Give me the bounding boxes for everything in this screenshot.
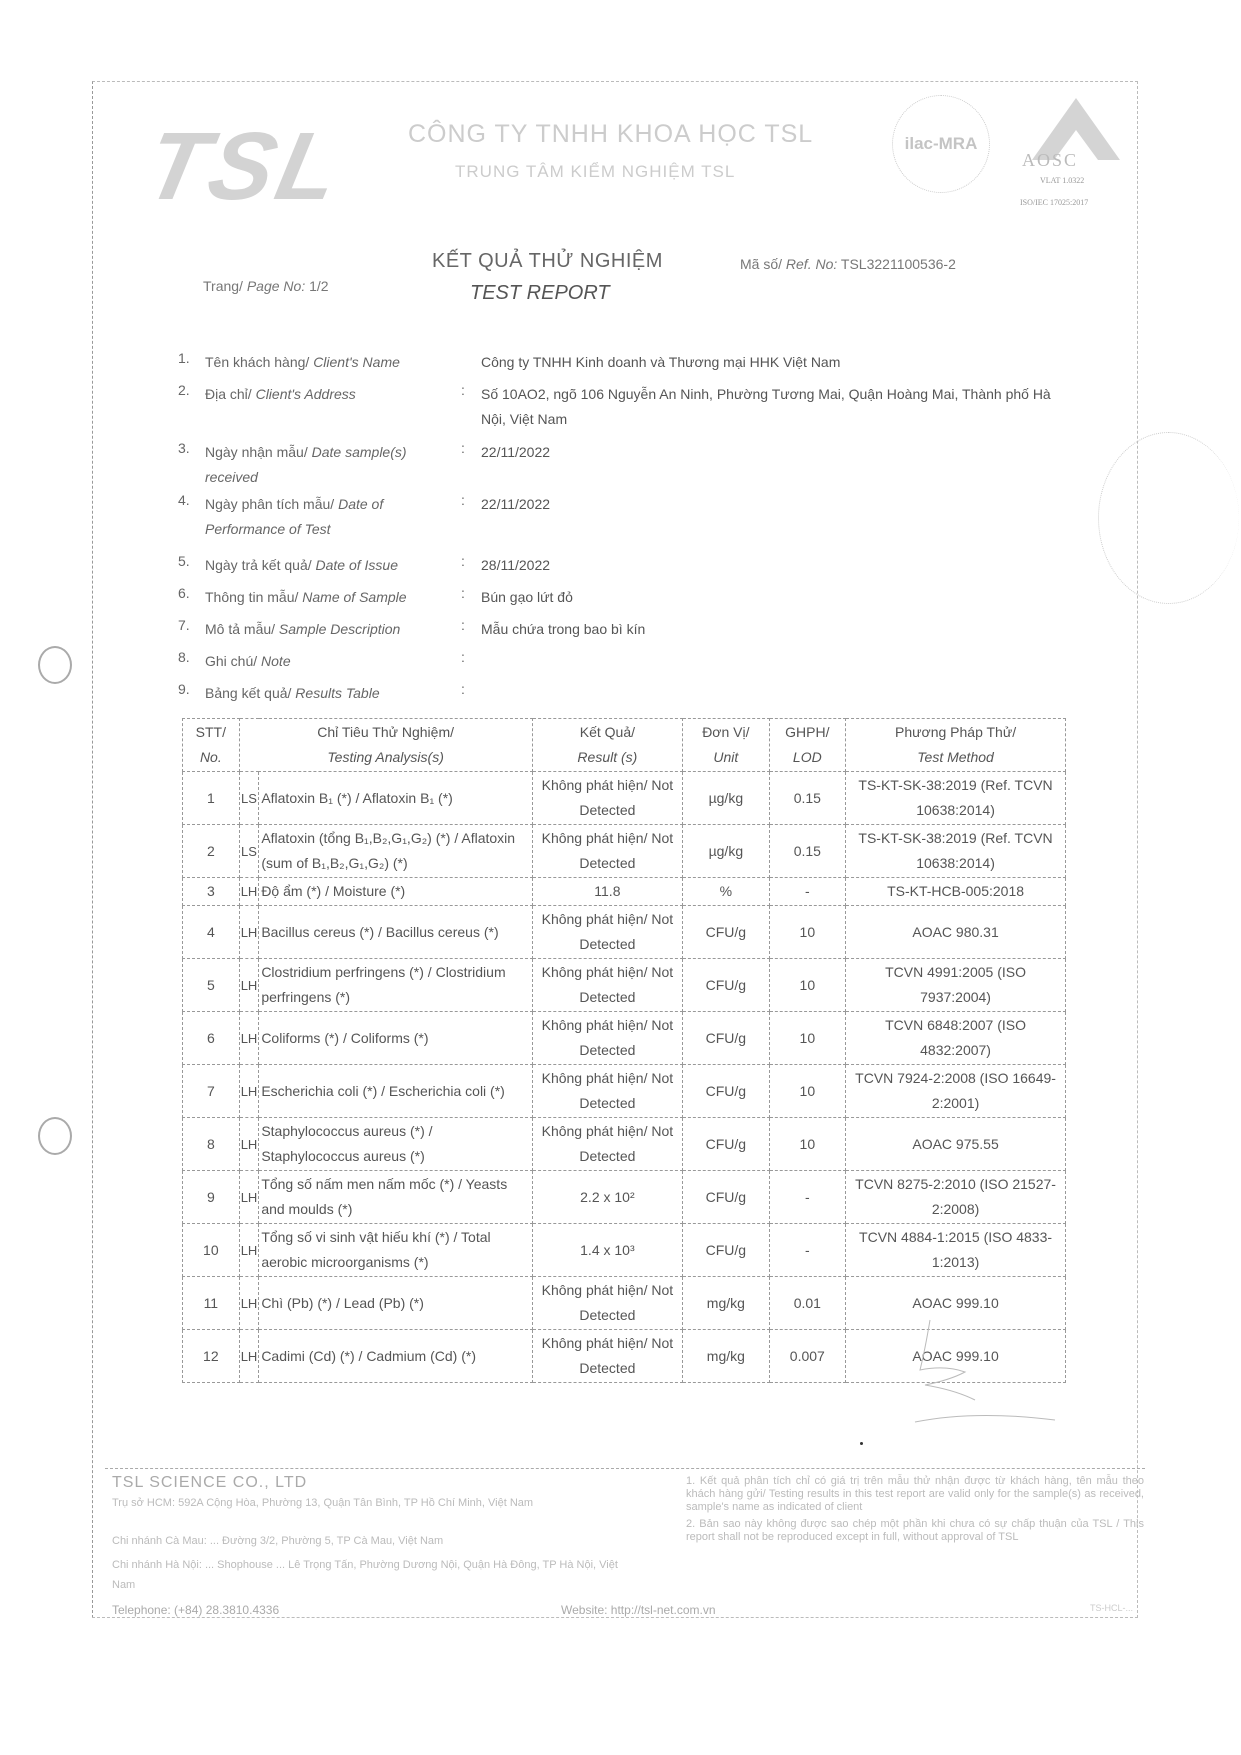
info-value: Mẫu chứa trong bao bì kín <box>481 617 1061 642</box>
ilac-label: ilac-MRA <box>905 134 978 154</box>
cell-result: Không phát hiện/ Not Detected <box>532 1012 683 1065</box>
footer-note-1: 1. Kết quả phân tích chỉ có giá trị trên… <box>686 1475 1144 1514</box>
cell-result: Không phát hiện/ Not Detected <box>532 1277 683 1330</box>
cell-method: AOAC 975.55 <box>846 1118 1066 1171</box>
cell-analysis: Tổng số vi sinh vật hiếu khí (*) / Total… <box>259 1224 532 1277</box>
cell-unit: CFU/g <box>683 906 769 959</box>
info-number: 6. <box>178 585 198 601</box>
aosc-label: AOSC <box>1022 150 1078 171</box>
info-number: 5. <box>178 553 198 569</box>
info-number: 7. <box>178 617 198 633</box>
info-value: Công ty TNHH Kinh doanh và Thương mại HH… <box>481 350 1061 375</box>
header-analysis: Chỉ Tiêu Thử Nghiệm/Testing Analysis(s) <box>239 719 532 772</box>
reference-number: Mã số/ Ref. No: TSL3221100536-2 <box>740 256 956 272</box>
cell-lab: LS <box>239 825 259 878</box>
footer-notes: 1. Kết quả phân tích chỉ có giá trị trên… <box>686 1475 1144 1544</box>
cell-method: AOAC 980.31 <box>846 906 1066 959</box>
table-row: 7LHEscherichia coli (*) / Escherichia co… <box>183 1065 1066 1118</box>
cell-lod: 10 <box>769 959 846 1012</box>
cell-lab: LH <box>239 1012 259 1065</box>
tsl-logo: TSL <box>136 112 353 222</box>
info-label: Thông tin mẫu/ Name of Sample <box>205 585 435 610</box>
cell-unit: CFU/g <box>683 1012 769 1065</box>
footer-note-2: 2. Bản sao này không được sao chép một p… <box>686 1518 1144 1544</box>
cell-lab: LS <box>239 772 259 825</box>
cell-no: 7 <box>183 1065 240 1118</box>
cell-analysis: Bacillus cereus (*) / Bacillus cereus (*… <box>259 906 532 959</box>
table-row: 9LHTổng số nấm men nấm mốc (*) / Yeasts … <box>183 1171 1066 1224</box>
cell-result: 1.4 x 10³ <box>532 1224 683 1277</box>
cell-unit: µg/kg <box>683 825 769 878</box>
cell-analysis: Clostridium perfringens (*) / Clostridiu… <box>259 959 532 1012</box>
info-value: 28/11/2022 <box>481 553 1061 578</box>
cell-result: Không phát hiện/ Not Detected <box>532 906 683 959</box>
info-number: 8. <box>178 649 198 665</box>
cell-lod: 10 <box>769 906 846 959</box>
cell-method: TS-KT-SK-38:2019 (Ref. TCVN 10638:2014) <box>846 825 1066 878</box>
header-lod: GHPH/LOD <box>769 719 846 772</box>
cell-lod: - <box>769 1224 846 1277</box>
info-label: Mô tả mẫu/ Sample Description <box>205 617 435 642</box>
header-result: Kết Quả/Result (s) <box>532 719 683 772</box>
cell-lab: LH <box>239 1224 259 1277</box>
footer-address-hcm: Trụ sở HCM: 592A Cộng Hòa, Phường 13, Qu… <box>112 1497 632 1509</box>
header-no: STT/No. <box>183 719 240 772</box>
info-number: 3. <box>178 440 198 456</box>
table-row: 3LHĐộ ẩm (*) / Moisture (*)11.8%-TS-KT-H… <box>183 878 1066 906</box>
info-label: Ngày nhận mẫu/ Date sample(s) received <box>205 440 435 490</box>
cell-analysis: Aflatoxin B₁ (*) / Aflatoxin B₁ (*) <box>259 772 532 825</box>
page-number: Trang/ Page No: 1/2 <box>203 278 329 294</box>
cell-lab: LH <box>239 1171 259 1224</box>
cell-lab: LH <box>239 878 259 906</box>
info-number: 4. <box>178 492 198 508</box>
info-number: 1. <box>178 350 198 366</box>
table-header-row: STT/No. Chỉ Tiêu Thử Nghiệm/Testing Anal… <box>183 719 1066 772</box>
cell-no: 10 <box>183 1224 240 1277</box>
info-value: Số 10AO2, ngõ 106 Nguyễn An Ninh, Phường… <box>481 382 1061 432</box>
cell-unit: CFU/g <box>683 959 769 1012</box>
ilac-mra-logo: ilac-MRA <box>892 95 990 193</box>
info-value: 22/11/2022 <box>481 492 1061 517</box>
cell-lab: LH <box>239 1277 259 1330</box>
info-number: 2. <box>178 382 198 398</box>
cell-lab: LH <box>239 1065 259 1118</box>
cell-result: Không phát hiện/ Not Detected <box>532 1118 683 1171</box>
info-label: Ngày phân tích mẫu/ Date of Performance … <box>205 492 435 542</box>
cell-method: TCVN 6848:2007 (ISO 4832:2007) <box>846 1012 1066 1065</box>
punch-hole-bottom <box>38 1117 72 1155</box>
cell-no: 2 <box>183 825 240 878</box>
cell-result: 11.8 <box>532 878 683 906</box>
cell-lod: 0.01 <box>769 1277 846 1330</box>
cell-method: TS-KT-SK-38:2019 (Ref. TCVN 10638:2014) <box>846 772 1066 825</box>
cell-no: 3 <box>183 878 240 906</box>
cell-no: 6 <box>183 1012 240 1065</box>
cell-no: 12 <box>183 1330 240 1383</box>
cell-no: 5 <box>183 959 240 1012</box>
header-unit: Đơn Vị/Unit <box>683 719 769 772</box>
cell-result: Không phát hiện/ Not Detected <box>532 959 683 1012</box>
info-label: Bảng kết quả/ Results Table <box>205 681 435 706</box>
cell-analysis: Độ ẩm (*) / Moisture (*) <box>259 878 532 906</box>
info-label: Ghi chú/ Note <box>205 649 435 674</box>
info-number: 9. <box>178 681 198 697</box>
cell-lod: 10 <box>769 1012 846 1065</box>
cell-lab: LH <box>239 959 259 1012</box>
table-row: 10LHTổng số vi sinh vật hiếu khí (*) / T… <box>183 1224 1066 1277</box>
cell-result: Không phát hiện/ Not Detected <box>532 1065 683 1118</box>
table-row: 6LHColiforms (*) / Coliforms (*)Không ph… <box>183 1012 1066 1065</box>
aosc-code: VLAT 1.0322 <box>1040 176 1084 185</box>
center-name: TRUNG TÂM KIỂM NGHIỆM TSL <box>455 162 735 182</box>
cell-unit: CFU/g <box>683 1171 769 1224</box>
cell-lod: 10 <box>769 1065 846 1118</box>
footer-address-hanoi: Chi nhánh Hà Nội: ... Shophouse ... Lê T… <box>112 1555 632 1595</box>
footer-address-camau: Chi nhánh Cà Mau: ... Đường 3/2, Phường … <box>112 1535 632 1547</box>
info-label: Tên khách hàng/ Client's Name <box>205 350 435 375</box>
cell-result: Không phát hiện/ Not Detected <box>532 772 683 825</box>
cell-analysis: Escherichia coli (*) / Escherichia coli … <box>259 1065 532 1118</box>
cell-no: 9 <box>183 1171 240 1224</box>
cell-no: 8 <box>183 1118 240 1171</box>
footer-telephone: Telephone: (+84) 28.3810.4336 <box>112 1603 279 1617</box>
cell-result: 2.2 x 10² <box>532 1171 683 1224</box>
cell-unit: mg/kg <box>683 1277 769 1330</box>
cell-result: Không phát hiện/ Not Detected <box>532 825 683 878</box>
header-method: Phương Pháp Thử/Test Method <box>846 719 1066 772</box>
cell-lab: LH <box>239 906 259 959</box>
info-label: Địa chỉ/ Client's Address <box>205 382 435 407</box>
table-row: 4LHBacillus cereus (*) / Bacillus cereus… <box>183 906 1066 959</box>
report-title-en: TEST REPORT <box>470 282 610 305</box>
results-table: STT/No. Chỉ Tiêu Thử Nghiệm/Testing Anal… <box>182 718 1066 1383</box>
cell-lod: 10 <box>769 1118 846 1171</box>
info-value: 22/11/2022 <box>481 440 1061 465</box>
cell-analysis: Staphylococcus aureus (*) / Staphylococc… <box>259 1118 532 1171</box>
punch-hole-top <box>38 646 72 684</box>
table-row: 1LSAflatoxin B₁ (*) / Aflatoxin B₁ (*)Kh… <box>183 772 1066 825</box>
cell-unit: µg/kg <box>683 772 769 825</box>
footer-form-code: TS-HCL-... <box>1090 1603 1133 1613</box>
cell-unit: mg/kg <box>683 1330 769 1383</box>
cell-lod: 0.15 <box>769 825 846 878</box>
footer-website[interactable]: Website: http://tsl-net.com.vn <box>561 1603 716 1617</box>
company-name: CÔNG TY TNHH KHOA HỌC TSL <box>408 120 813 149</box>
cell-analysis: Chì (Pb) (*) / Lead (Pb) (*) <box>259 1277 532 1330</box>
info-value: Bún gạo lứt đỏ <box>481 585 1061 610</box>
cell-method: TCVN 4884-1:2015 (ISO 4833-1:2013) <box>846 1224 1066 1277</box>
table-row: 8LHStaphylococcus aureus (*) / Staphyloc… <box>183 1118 1066 1171</box>
cell-method: TCVN 8275-2:2010 (ISO 21527-2:2008) <box>846 1171 1066 1224</box>
cell-analysis: Cadimi (Cd) (*) / Cadmium (Cd) (*) <box>259 1330 532 1383</box>
cell-lab: LH <box>239 1118 259 1171</box>
table-row: 2LSAflatoxin (tổng B₁,B₂,G₁,G₂) (*) / Af… <box>183 825 1066 878</box>
footer-company: TSL SCIENCE CO., LTD <box>112 1474 307 1492</box>
cell-no: 11 <box>183 1277 240 1330</box>
table-row: 5LHClostridium perfringens (*) / Clostri… <box>183 959 1066 1012</box>
cell-method: TS-KT-HCB-005:2018 <box>846 878 1066 906</box>
cell-no: 4 <box>183 906 240 959</box>
cell-unit: CFU/g <box>683 1224 769 1277</box>
cell-unit: CFU/g <box>683 1118 769 1171</box>
cell-method: TCVN 4991:2005 (ISO 7937:2004) <box>846 959 1066 1012</box>
cell-no: 1 <box>183 772 240 825</box>
report-title-vn: KẾT QUẢ THỬ NGHIỆM <box>432 250 663 273</box>
cell-lod: 0.15 <box>769 772 846 825</box>
signature-mark <box>855 1310 1085 1430</box>
aosc-logo: AOSC VLAT 1.0322 ISO/IEC 17025:2017 <box>1018 94 1138 214</box>
cell-lod: - <box>769 1171 846 1224</box>
company-stamp <box>1098 432 1239 604</box>
cell-lab: LH <box>239 1330 259 1383</box>
cell-lod: 0.007 <box>769 1330 846 1383</box>
cell-unit: CFU/g <box>683 1065 769 1118</box>
cell-result: Không phát hiện/ Not Detected <box>532 1330 683 1383</box>
cell-method: TCVN 7924-2:2008 (ISO 16649-2:2001) <box>846 1065 1066 1118</box>
cell-unit: % <box>683 878 769 906</box>
cell-analysis: Tổng số nấm men nấm mốc (*) / Yeasts and… <box>259 1171 532 1224</box>
cell-analysis: Coliforms (*) / Coliforms (*) <box>259 1012 532 1065</box>
cell-lod: - <box>769 878 846 906</box>
aosc-standard: ISO/IEC 17025:2017 <box>1020 198 1088 207</box>
info-label: Ngày trả kết quả/ Date of Issue <box>205 553 435 578</box>
cell-analysis: Aflatoxin (tổng B₁,B₂,G₁,G₂) (*) / Aflat… <box>259 825 532 878</box>
